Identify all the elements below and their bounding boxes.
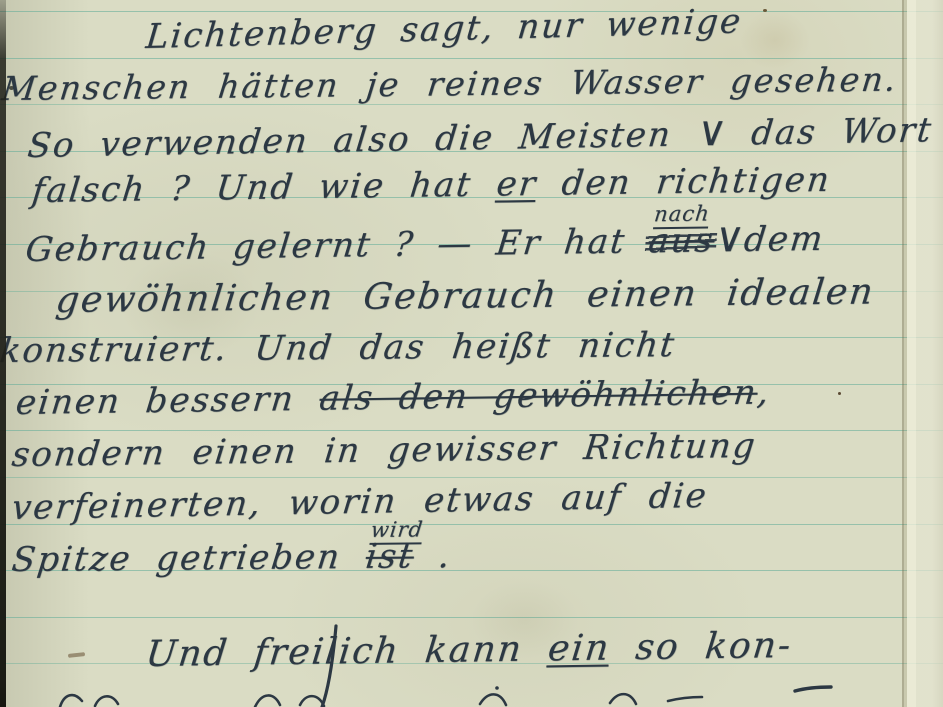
cutoff-text-line-tops	[0, 0, 943, 707]
photo-left-edge	[0, 0, 6, 707]
manuscript-page: Lichtenberg sagt, nur wenigeMenschen hät…	[0, 0, 943, 707]
